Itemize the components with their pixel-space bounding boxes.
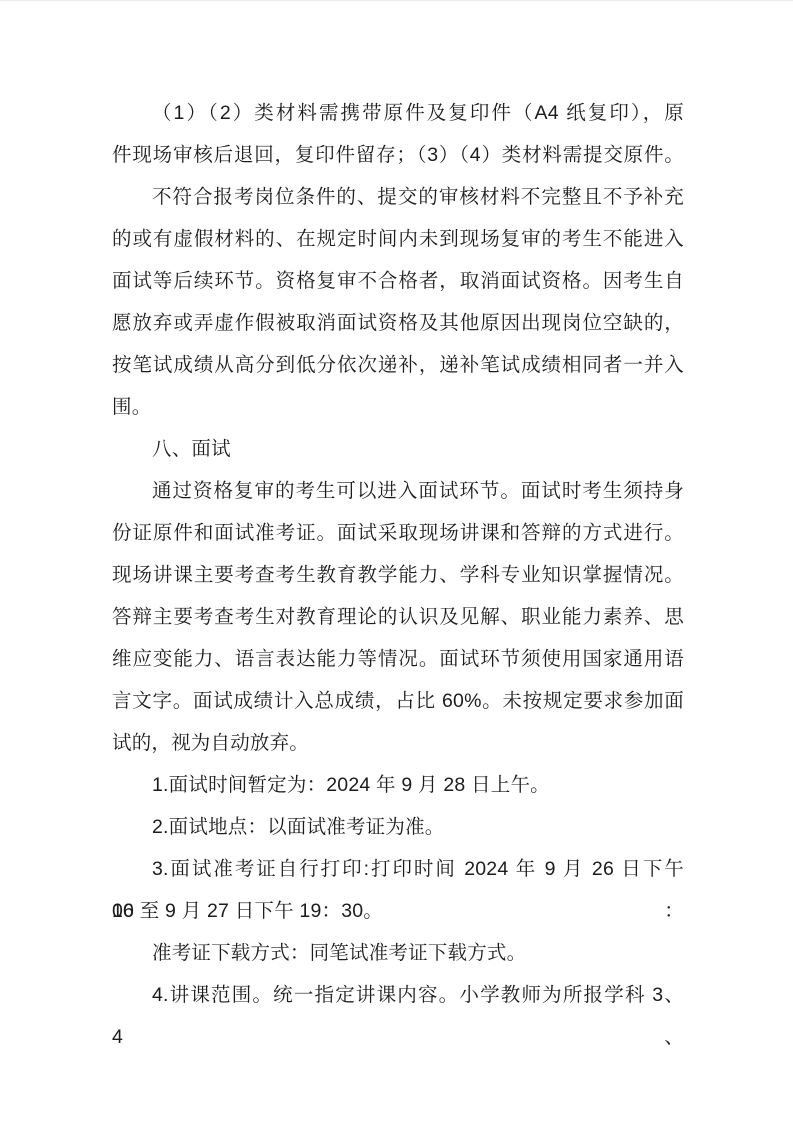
section-heading-interview: 八、面试	[112, 428, 684, 470]
text-line: 试的，视为自动放弃。	[112, 722, 684, 764]
document-text-block: （1）（2）类材料需携带原件及复印件（A4 纸复印），原 件现场审核后退回，复印…	[112, 92, 684, 1016]
text-line-ticket-download: 准考证下载方式：同笔试准考证下载方式。	[112, 932, 684, 974]
text-line: 现场讲课主要考查考生教育教学能力、学科专业知识掌握情况。	[112, 554, 684, 596]
text-line: 的或有虚假材料的、在规定时间内未到现场复审的考生不能进入	[112, 218, 684, 260]
text-line-ticket-print: 3.面试准考证自行打印:打印时间 2024 年 9 月 26 日下午 16：	[112, 848, 684, 890]
text-line: 维应变能力、语言表达能力等情况。面试环节须使用国家通用语	[112, 638, 684, 680]
text-line: 件现场审核后退回，复印件留存；（3）（4）类材料需提交原件。	[112, 134, 684, 176]
document-page: （1）（2）类材料需携带原件及复印件（A4 纸复印），原 件现场审核后退回，复印…	[0, 0, 793, 1122]
text-line: 愿放弃或弄虚作假被取消面试资格及其他原因出现岗位空缺的，	[112, 302, 684, 344]
text-line: 言文字。面试成绩计入总成绩，占比 60%。未按规定要求参加面	[112, 680, 684, 722]
text-line: 面试等后续环节。资格复审不合格者，取消面试资格。因考生自	[112, 260, 684, 302]
text-line: 围。	[112, 386, 684, 428]
text-line-interview-time: 1.面试时间暂定为：2024 年 9 月 28 日上午。	[112, 764, 684, 806]
text-line-lecture-scope: 4.讲课范围。统一指定讲课内容。小学教师为所报学科 3、4、	[112, 974, 684, 1016]
text-line: （1）（2）类材料需携带原件及复印件（A4 纸复印），原	[112, 92, 684, 134]
text-line: 通过资格复审的考生可以进入面试环节。面试时考生须持身	[112, 470, 684, 512]
text-line: 不符合报考岗位条件的、提交的审核材料不完整且不予补充	[112, 176, 684, 218]
text-line: 按笔试成绩从高分到低分依次递补，递补笔试成绩相同者一并入	[112, 344, 684, 386]
text-line: 份证原件和面试准考证。面试采取现场讲课和答辩的方式进行。	[112, 512, 684, 554]
text-line: 答辩主要考查考生对教育理论的认识及见解、职业能力素养、思	[112, 596, 684, 638]
text-line-interview-place: 2.面试地点：以面试准考证为准。	[112, 806, 684, 848]
